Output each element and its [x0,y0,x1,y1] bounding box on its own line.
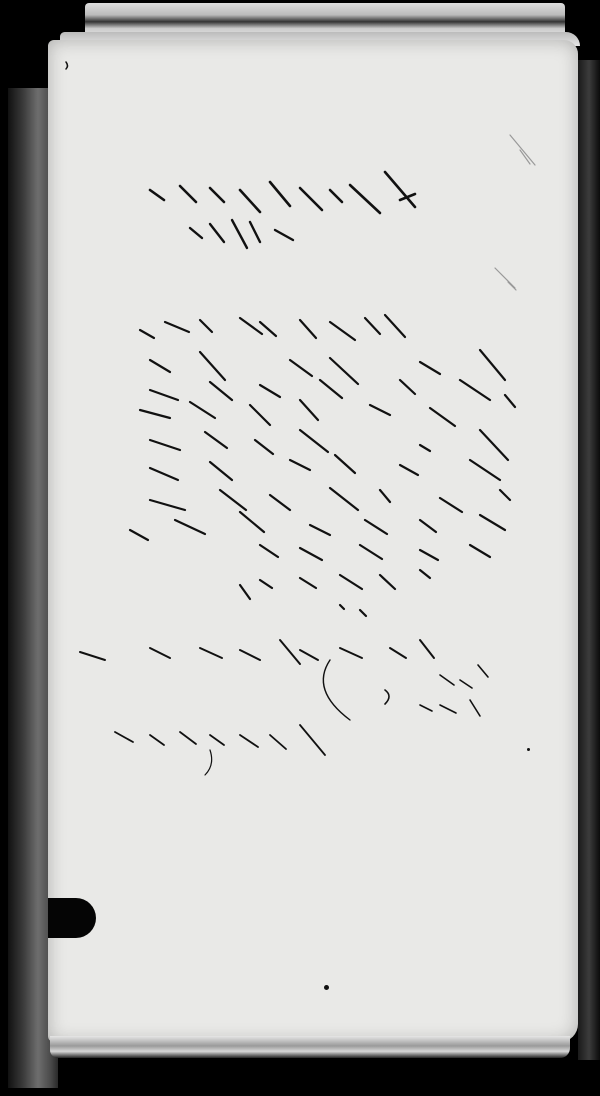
handwriting-ink [0,0,600,1096]
ink-spot [324,985,329,990]
ink-speck [527,748,530,751]
